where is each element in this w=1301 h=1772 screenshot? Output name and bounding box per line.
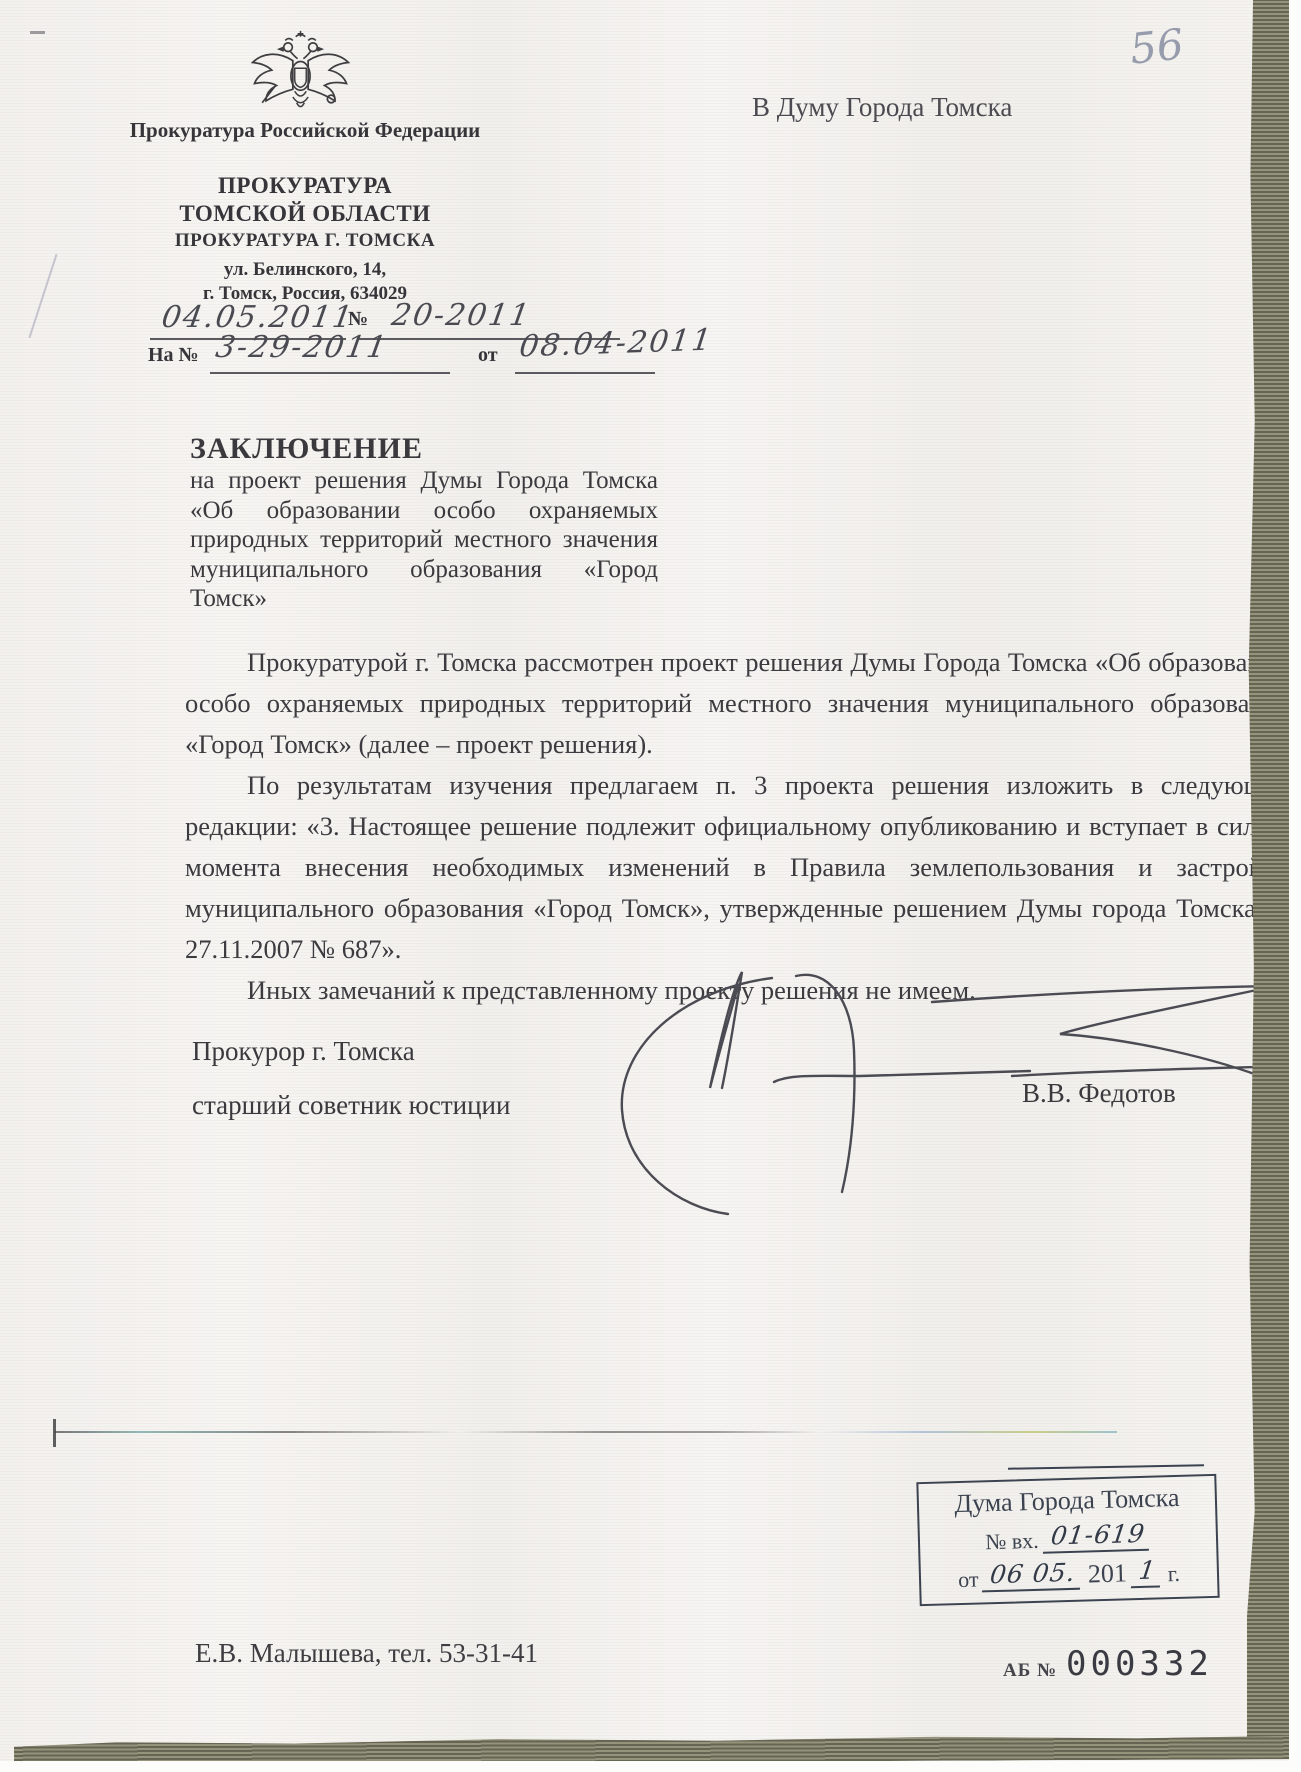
scan-margin-right	[1289, 0, 1301, 1772]
registration-stamp: Дума Города Томска № вх. 01-619 от 06 05…	[916, 1474, 1219, 1606]
number-sign: №	[348, 308, 368, 331]
pen-stroke-mark	[28, 254, 57, 338]
ref-from-label: от	[478, 344, 498, 367]
stamp-org: Дума Города Томска	[919, 1482, 1216, 1520]
signer-position-line1: Прокурор г. Томска	[192, 1036, 415, 1067]
stamp-top-line	[1008, 1464, 1204, 1469]
ref-prefix: На №	[148, 344, 199, 367]
stamp-in-number-handwritten: 01-619	[1043, 1519, 1153, 1554]
body-paragraph-1: Прокуратурой г. Томска рассмотрен проект…	[185, 642, 1290, 765]
underline	[515, 372, 655, 374]
signer-position-line2: старший советник юстиции	[192, 1090, 510, 1121]
scanned-letter-page: 56 Прокуратура Российской Федераци	[0, 0, 1301, 1772]
scan-margin-bottom	[0, 1761, 1301, 1772]
scan-artifact-line	[55, 1431, 1117, 1433]
form-series-label: АБ №	[1003, 1660, 1057, 1682]
conclusion-subject: на проект решения Думы Города Томска «Об…	[190, 466, 658, 614]
address-line1: ул. Белинского, 14,	[110, 258, 500, 282]
underline	[210, 372, 450, 374]
ref-date-handwritten: 08.04-2011	[517, 323, 715, 365]
letterhead-org-main: ПРОКУРАТУРА ТОМСКОЙ ОБЛАСТИ	[110, 172, 500, 228]
scan-artifact-tick	[53, 1419, 56, 1447]
outgoing-number-handwritten: 20-2011	[389, 298, 533, 333]
addressee: В Думу Города Томска	[752, 92, 1012, 123]
coat-of-arms-icon	[243, 28, 358, 120]
stamp-year-printed: 201	[1088, 1558, 1128, 1589]
letterhead-org-sub: ПРОКУРАТУРА Г. ТОМСКА	[110, 230, 500, 252]
scanner-edge-right	[1247, 0, 1290, 1757]
org-main-line2: ТОМСКОЙ ОБЛАСТИ	[110, 200, 500, 228]
stamp-incoming-row: № вх. 01-619	[920, 1517, 1217, 1557]
stamp-date-label: от	[958, 1567, 979, 1594]
ref-number-handwritten: 3-29-2011	[213, 330, 390, 365]
stamp-date-row: от 06 05. 201 1 г.	[921, 1554, 1218, 1594]
org-main-line1: ПРОКУРАТУРА	[110, 172, 500, 200]
scan-corner-mark	[30, 31, 45, 34]
form-serial-number: 000332	[1066, 1644, 1213, 1684]
executor-contact: Е.В. Малышева, тел. 53-31-41	[195, 1638, 538, 1669]
handwritten-page-number: 56	[1128, 19, 1186, 73]
stamp-year-suffix: г.	[1167, 1561, 1180, 1587]
stamp-date-handwritten: 06 05.	[982, 1558, 1084, 1593]
signature-scrawl	[560, 930, 1300, 1225]
stamp-in-label: № вх.	[985, 1528, 1039, 1555]
conclusion-heading: ЗАКЛЮЧЕНИЕ	[190, 432, 658, 466]
stamp-year-handwritten: 1	[1131, 1555, 1164, 1588]
letterhead-org-top: Прокуратура Российской Федерации	[110, 118, 500, 143]
conclusion-block: ЗАКЛЮЧЕНИЕ на проект решения Думы Города…	[190, 432, 658, 614]
